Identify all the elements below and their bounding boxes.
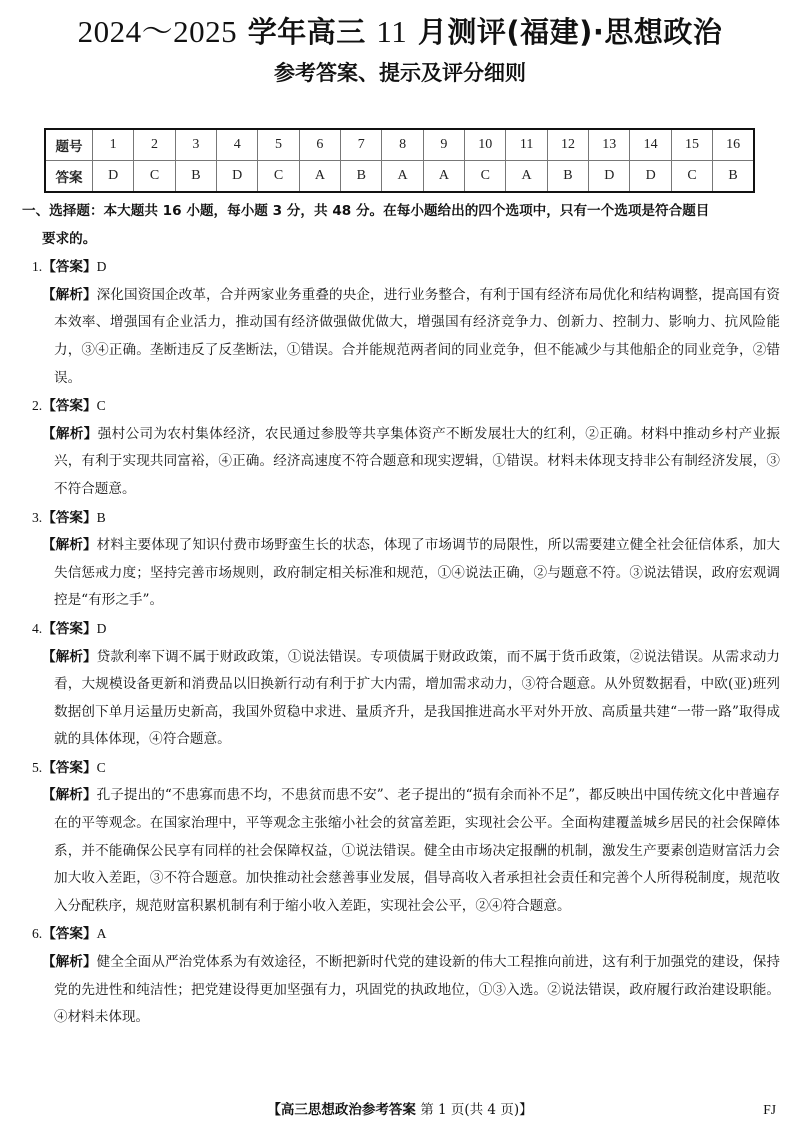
question-number-cell: 12	[547, 129, 588, 161]
document-subtitle: 参考答案、提示及评分细则	[0, 59, 800, 87]
answer-cell: B	[713, 161, 754, 193]
question-number: 3.	[32, 510, 42, 525]
analysis-tag: 【解析】	[42, 426, 98, 442]
answer-cell: A	[299, 161, 340, 193]
answer-key-table: 题号 1 2 3 4 5 6 7 8 9 10 11 12 13 14 15 1…	[44, 128, 755, 193]
answer-cell: C	[134, 161, 175, 193]
question-number-row: 题号 1 2 3 4 5 6 7 8 9 10 11 12 13 14 15 1…	[45, 129, 754, 161]
answer-cell: B	[547, 161, 588, 193]
question-number-cell: 13	[589, 129, 630, 161]
answer-tag: 【答案】	[42, 926, 96, 942]
document-title: 2024～2025 学年高三 11 月测评(福建)·思想政治	[0, 14, 800, 50]
question-analysis-6: 【解析】健全全面从严治党体系为有效途径，不断把新时代党的建设新的伟大工程推向前进…	[20, 949, 780, 1032]
question-number-cell: 7	[341, 129, 382, 161]
analysis-text: 健全全面从严治党体系为有效途径，不断把新时代党的建设新的伟大工程推向前进，这有利…	[54, 954, 780, 1025]
question-number: 2.	[32, 398, 42, 413]
analysis-text: 强村公司为农村集体经济，农民通过参股等共享集体资产不断发展壮大的红利，②正确。材…	[54, 426, 780, 497]
answer-cell: A	[423, 161, 464, 193]
answer-cell: B	[341, 161, 382, 193]
answer-cell: A	[506, 161, 547, 193]
question-analysis-2: 【解析】强村公司为农村集体经济，农民通过参股等共享集体资产不断发展壮大的红利，②…	[20, 421, 780, 504]
analysis-tag: 【解析】	[42, 649, 97, 665]
question-analysis-3: 【解析】材料主要体现了知识付费市场野蛮生长的状态，体现了市场调节的局限性，所以需…	[20, 532, 780, 615]
answer-cell: D	[217, 161, 258, 193]
question-analysis-5: 【解析】孔子提出的“不患寡而患不均，不患贫而患不安”、老子提出的“损有余而补不足…	[20, 782, 780, 920]
analysis-tag: 【解析】	[42, 787, 97, 803]
answer-cell: C	[258, 161, 299, 193]
section-heading-line1: 一、选择题：本大题共 16 小题，每小题 3 分，共 48 分。在每小题给出的四…	[22, 203, 709, 219]
question-number-cell: 15	[671, 129, 712, 161]
question-number: 4.	[32, 621, 42, 636]
question-number-cell: 1	[93, 129, 134, 161]
analysis-text: 材料主要体现了知识付费市场野蛮生长的状态，体现了市场调节的局限性，所以需要建立健…	[54, 537, 780, 608]
title-text-subject: 月测评(福建)·思想政治	[418, 15, 723, 49]
section-heading: 一、选择题：本大题共 16 小题，每小题 3 分，共 48 分。在每小题给出的四…	[20, 198, 780, 253]
question-number-cell: 9	[423, 129, 464, 161]
answer-cell: D	[93, 161, 134, 193]
answer-letter: C	[97, 398, 106, 413]
question-number: 5.	[32, 760, 42, 775]
analysis-text: 贷款利率下调不属于财政政策，①说法错误。专项债属于财政政策，而不属于货币政策，②…	[54, 649, 780, 748]
question-number-cell: 10	[465, 129, 506, 161]
question-answer-6: 6.【答案】A	[20, 920, 780, 949]
answer-tag: 【答案】	[42, 760, 96, 776]
footer-page-number: 第 1 页(共 4 页)】	[420, 1102, 532, 1118]
question-number-cell: 11	[506, 129, 547, 161]
answer-tag: 【答案】	[42, 510, 96, 526]
analysis-text: 孔子提出的“不患寡而患不均，不患贫而患不安”、老子提出的“损有余而补不足”，都反…	[54, 787, 780, 913]
answer-letter: C	[97, 760, 106, 775]
footer-doc-name: 【高三思想政治参考答案	[267, 1102, 416, 1118]
title-month: 11	[376, 14, 407, 49]
answer-cell: A	[382, 161, 423, 193]
question-number-cell: 6	[299, 129, 340, 161]
answer-cell: D	[630, 161, 671, 193]
question-number: 6.	[32, 926, 42, 941]
question-number-cell: 2	[134, 129, 175, 161]
question-answer-4: 4.【答案】D	[20, 615, 780, 644]
answer-tag: 【答案】	[42, 621, 96, 637]
question-answer-1: 1.【答案】D	[20, 253, 780, 282]
analysis-tag: 【解析】	[42, 954, 97, 970]
question-number-cell: 3	[175, 129, 216, 161]
answer-cell: D	[589, 161, 630, 193]
question-analysis-4: 【解析】贷款利率下调不属于财政政策，①说法错误。专项债属于财政政策，而不属于货币…	[20, 644, 780, 754]
page-footer: 【高三思想政治参考答案 第 1 页(共 4 页)】	[0, 1100, 800, 1120]
question-number-cell: 8	[382, 129, 423, 161]
answer-explanations: 一、选择题：本大题共 16 小题，每小题 3 分，共 48 分。在每小题给出的四…	[20, 198, 780, 1032]
question-analysis-1: 【解析】深化国资国企改革，合并两家业务重叠的央企，进行业务整合，有利于国有经济布…	[20, 282, 780, 392]
answer-letter: D	[97, 259, 107, 274]
analysis-tag: 【解析】	[42, 537, 97, 553]
question-number-cell: 4	[217, 129, 258, 161]
question-answer-3: 3.【答案】B	[20, 504, 780, 533]
row-label-question: 题号	[45, 129, 93, 161]
question-number-cell: 16	[713, 129, 754, 161]
answer-letter: B	[97, 510, 106, 525]
footer-region-code: FJ	[763, 1100, 776, 1120]
question-number-cell: 14	[630, 129, 671, 161]
answer-letter: A	[97, 926, 107, 941]
answer-row: 答案 D C B D C A B A A C A B D D C B	[45, 161, 754, 193]
section-heading-line2: 要求的。	[22, 226, 780, 254]
question-number: 1.	[32, 259, 42, 274]
title-year-range: 2024～2025	[78, 14, 238, 49]
answer-cell: C	[465, 161, 506, 193]
analysis-text: 深化国资国企改革，合并两家业务重叠的央企，进行业务整合，有利于国有经济布局优化和…	[54, 287, 780, 386]
answer-tag: 【答案】	[42, 398, 96, 414]
question-number-cell: 5	[258, 129, 299, 161]
answer-cell: C	[671, 161, 712, 193]
title-text-grade: 学年高三	[248, 15, 366, 49]
row-label-answer: 答案	[45, 161, 93, 193]
answer-tag: 【答案】	[42, 259, 96, 275]
answer-cell: B	[175, 161, 216, 193]
analysis-tag: 【解析】	[42, 287, 97, 303]
question-answer-5: 5.【答案】C	[20, 754, 780, 783]
answer-letter: D	[97, 621, 107, 636]
question-answer-2: 2.【答案】C	[20, 392, 780, 421]
